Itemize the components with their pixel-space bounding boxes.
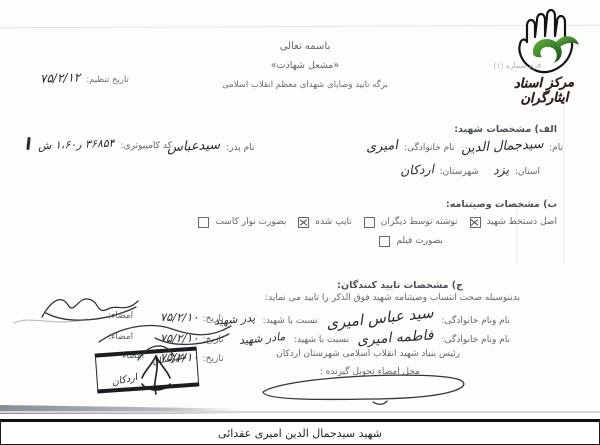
father-name-block: نام پدر: سیدعباس [167,139,254,154]
paper-crease-mid [516,205,518,265]
stamp-tulip-emblem-icon [136,340,176,398]
scan-edge-line [0,411,600,413]
option-cassette-checkbox [198,217,209,228]
form-number: فرم شماره (۱) [479,60,541,70]
pen-mark [26,137,30,150]
option-cassette: بصورت نوار کاست [198,217,286,228]
county-label: شهرستان: [440,167,479,177]
family-label: نام خانوادگی: [404,143,454,153]
confirmer-2-row: نام ونام خانوادگی: فاطمه امیری نسبت با ش… [239,330,510,346]
besmele-line: باسمه تعالی [235,41,375,52]
father-value: سیدعباس [167,138,221,156]
prepared-date-value: ۷۵/۲/۱۲ [40,70,81,85]
county-value: اردکان [399,161,434,178]
option-cassette-label: بصورت نوار کاست [215,217,286,227]
will-type-options: اصل دستخط شهید نوشته توسط دیگران تایپ شد… [198,217,557,228]
motto-line: «مشعل شهادت» [235,60,375,71]
option-film-checkbox [379,236,390,247]
stamp-city-word: اردکان [111,372,139,388]
confirmer-1-relation-label: نسبت با شهید: [263,316,318,326]
name-label: نام: [549,143,563,153]
scanned-document: فرم شماره (۱) مرکز اسناد ایثارگران باسمه… [0,0,600,445]
prepared-date-label: تاریخ تنظیم: [86,75,129,85]
paper-crease-right [563,95,564,265]
confirmer-1-row: نام ونام خانوادگی: سید عباس امیری نسبت ب… [214,309,510,327]
province-label: استان: [515,167,540,177]
code-value: ۳۶۸۵۴ ر۱،۶۰ ش [38,137,115,153]
confirmer-2-relation-label: نسبت با شهید: [294,335,349,345]
org-name-calligraphy: مرکز اسناد ایثارگران [490,75,599,108]
option-typed-label: تایپ شده [315,217,351,227]
computer-code-block: کد کامپیوتری: ۳۶۸۵۴ ر۱،۶۰ ش [38,138,172,151]
option-written-by-others-checkbox [364,217,375,228]
option-handwritten-checkbox [470,217,481,228]
martyr-name-row: نام: سیدجمال الدین نام خانوادگی: امیری [366,139,563,154]
confirmer-2-name-label: نام ونام خانوادگی: [442,335,511,345]
option-handwritten-label: اصل دستخط شهید [487,217,557,227]
option-handwritten: اصل دستخط شهید [470,217,557,228]
option-written-by-others-label: نوشته توسط دیگران [381,217,458,227]
option-typed-checkbox [298,217,309,228]
scan-edge-shadow [0,405,238,414]
section-c-heading: ج) مشخصات تایید کنندگان: [337,280,463,291]
confirmation-intro: بدینوسیله صحت انتساب وصیتنامه شهید فوق ا… [265,293,520,303]
confirmer-2-name-value: فاطمه امیری [357,327,434,348]
location-row: استان: یزد شهرستان: اردکان [400,162,540,177]
receiver-signature [255,372,475,406]
official-title: رئیس بنیاد شهید انقلاب اسلامی شهرستان ار… [276,349,460,359]
option-film-label: بصورت فیلم [396,236,443,246]
option-film: بصورت فیلم [379,236,443,247]
form-title: برگه تایید وصایای شهدای معظم انقلاب اسلا… [205,80,405,90]
province-value: یزد [493,162,510,178]
name-value: سیدجمال الدین [460,137,543,156]
option-typed: تایپ شده [298,217,351,228]
martyr-caption: شهید سیدجمال الدین امیری عقدائی [218,427,382,440]
option-written-by-others: نوشته توسط دیگران [364,217,458,228]
confirmer-2-relation-value: مادر شهید [239,330,286,347]
official-date-label: تاریخ: [203,354,224,364]
prepared-date: تاریخ تنظیم: ۷۵/۲/۱۲ [40,71,129,85]
father-label: نام پدر: [226,143,254,153]
code-label: کد کامپیوتری: [121,141,172,151]
section-a-heading: الف) مشخصات شهید: [454,124,557,135]
section-b-heading: ب) مشخصات وصیتنامه: [446,199,557,210]
caption-bar: شهید سیدجمال الدین امیری عقدائی [0,419,600,445]
confirmer-1-name-label: نام ونام خانوادگی: [442,316,511,326]
family-value: امیری [366,138,399,155]
carbon-signature-smudge [12,313,92,329]
